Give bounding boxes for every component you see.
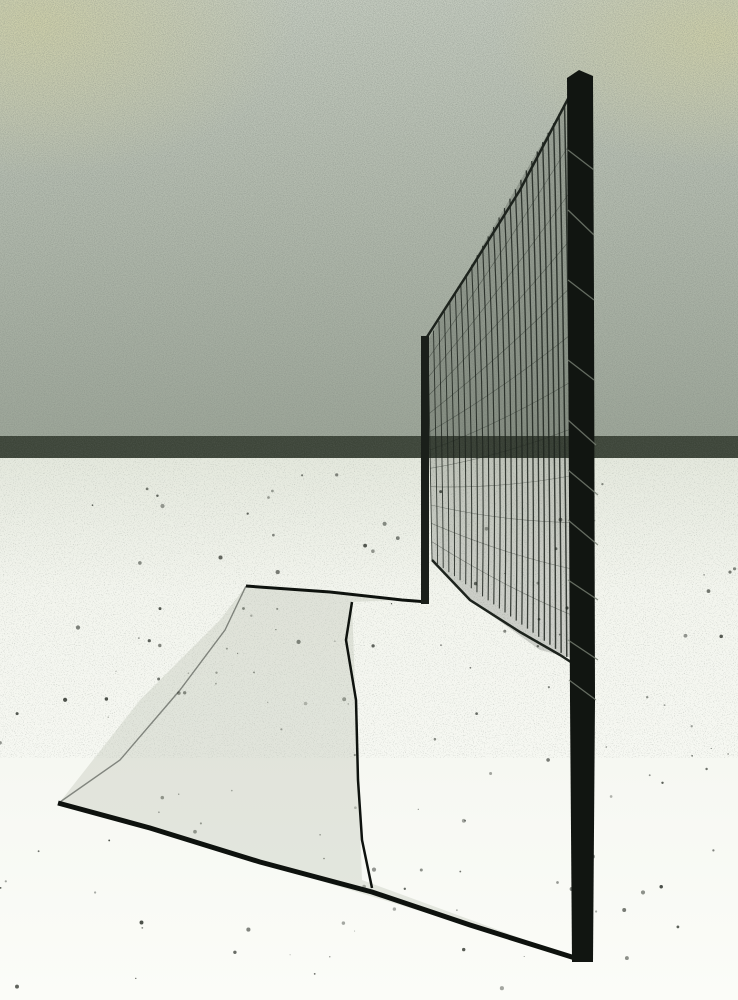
sea-horizon <box>0 436 738 458</box>
sand <box>0 458 738 1000</box>
near-pole <box>567 70 598 962</box>
sky <box>0 0 738 440</box>
far-pole <box>421 336 429 604</box>
beach-volleyball-net-photo <box>0 0 738 1000</box>
